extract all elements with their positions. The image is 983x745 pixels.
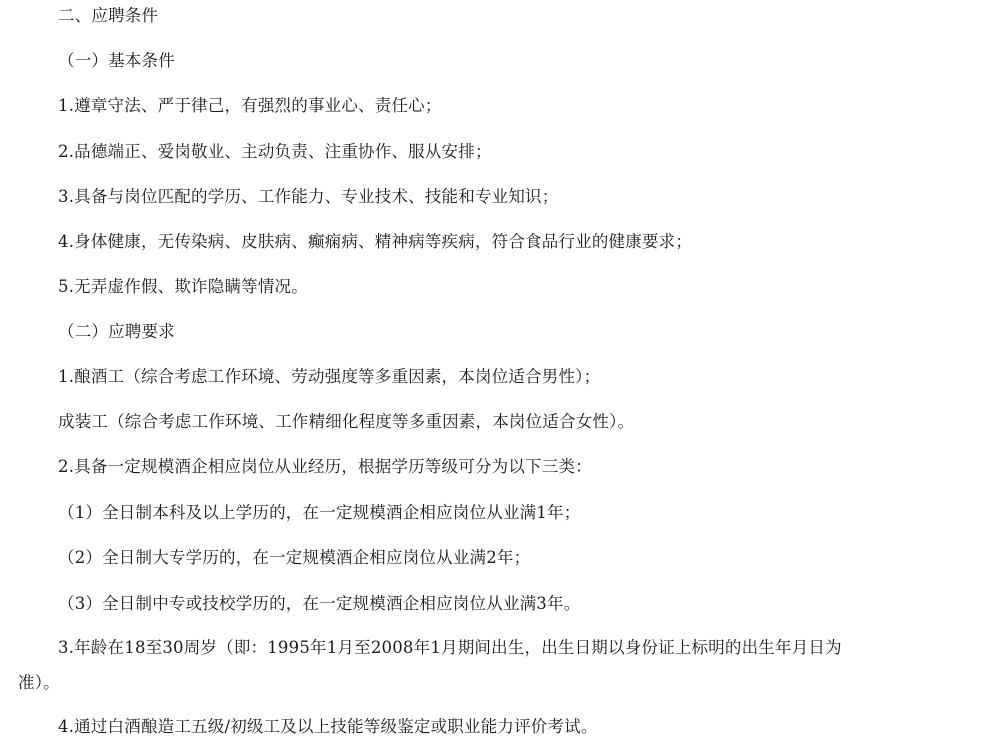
requirement-item-4: 4.通过白酒酿造工五级/初级工及以上技能等级鉴定或职业能力评价考试。 xyxy=(58,717,598,737)
requirement-item-2: 2.具备一定规模酒企相应岗位从业经历，根据学历等级可分为以下三类： xyxy=(58,457,592,477)
basic-condition-item-1: 1.遵章守法、严于律己，有强烈的事业心、责任心； xyxy=(58,96,442,116)
basic-condition-item-4: 4.身体健康，无传染病、皮肤病、癫痫病、精神病等疾病，符合食品行业的健康要求； xyxy=(58,232,692,252)
requirement-item-3-line-1: 3.年龄在18至30周岁（即：1995年1月至2008年1月期间出生，出生日期以… xyxy=(58,638,842,658)
basic-condition-item-5: 5.无弄虚作假、欺诈隐瞒等情况。 xyxy=(58,277,308,297)
basic-condition-item-2: 2.品德端正、爱岗敬业、主动负责、注重协作、服从安排； xyxy=(58,142,492,162)
requirement-item-1-line-1: 1.酿酒工（综合考虑工作环境、劳动强度等多重因素，本岗位适合男性）； xyxy=(58,367,600,387)
requirements-heading: （二）应聘要求 xyxy=(58,322,175,342)
requirement-item-2-sub-1: （1）全日制本科及以上学历的，在一定规模酒企相应岗位从业满1年； xyxy=(58,503,580,523)
basic-conditions-heading: （一）基本条件 xyxy=(58,51,175,71)
requirement-item-1-line-2: 成装工（综合考虑工作环境、工作精细化程度等多重因素，本岗位适合女性）。 xyxy=(58,412,634,432)
requirement-item-2-sub-3: （3）全日制中专或技校学历的，在一定规模酒企相应岗位从业满3年。 xyxy=(58,594,580,614)
section-title: 二、应聘条件 xyxy=(58,6,158,26)
requirement-item-2-sub-2: （2）全日制大专学历的，在一定规模酒企相应岗位从业满2年； xyxy=(58,548,530,568)
requirement-item-3-line-2: 准）。 xyxy=(18,673,60,693)
basic-condition-item-3: 3.具备与岗位匹配的学历、工作能力、专业技术、技能和专业知识； xyxy=(58,187,558,207)
